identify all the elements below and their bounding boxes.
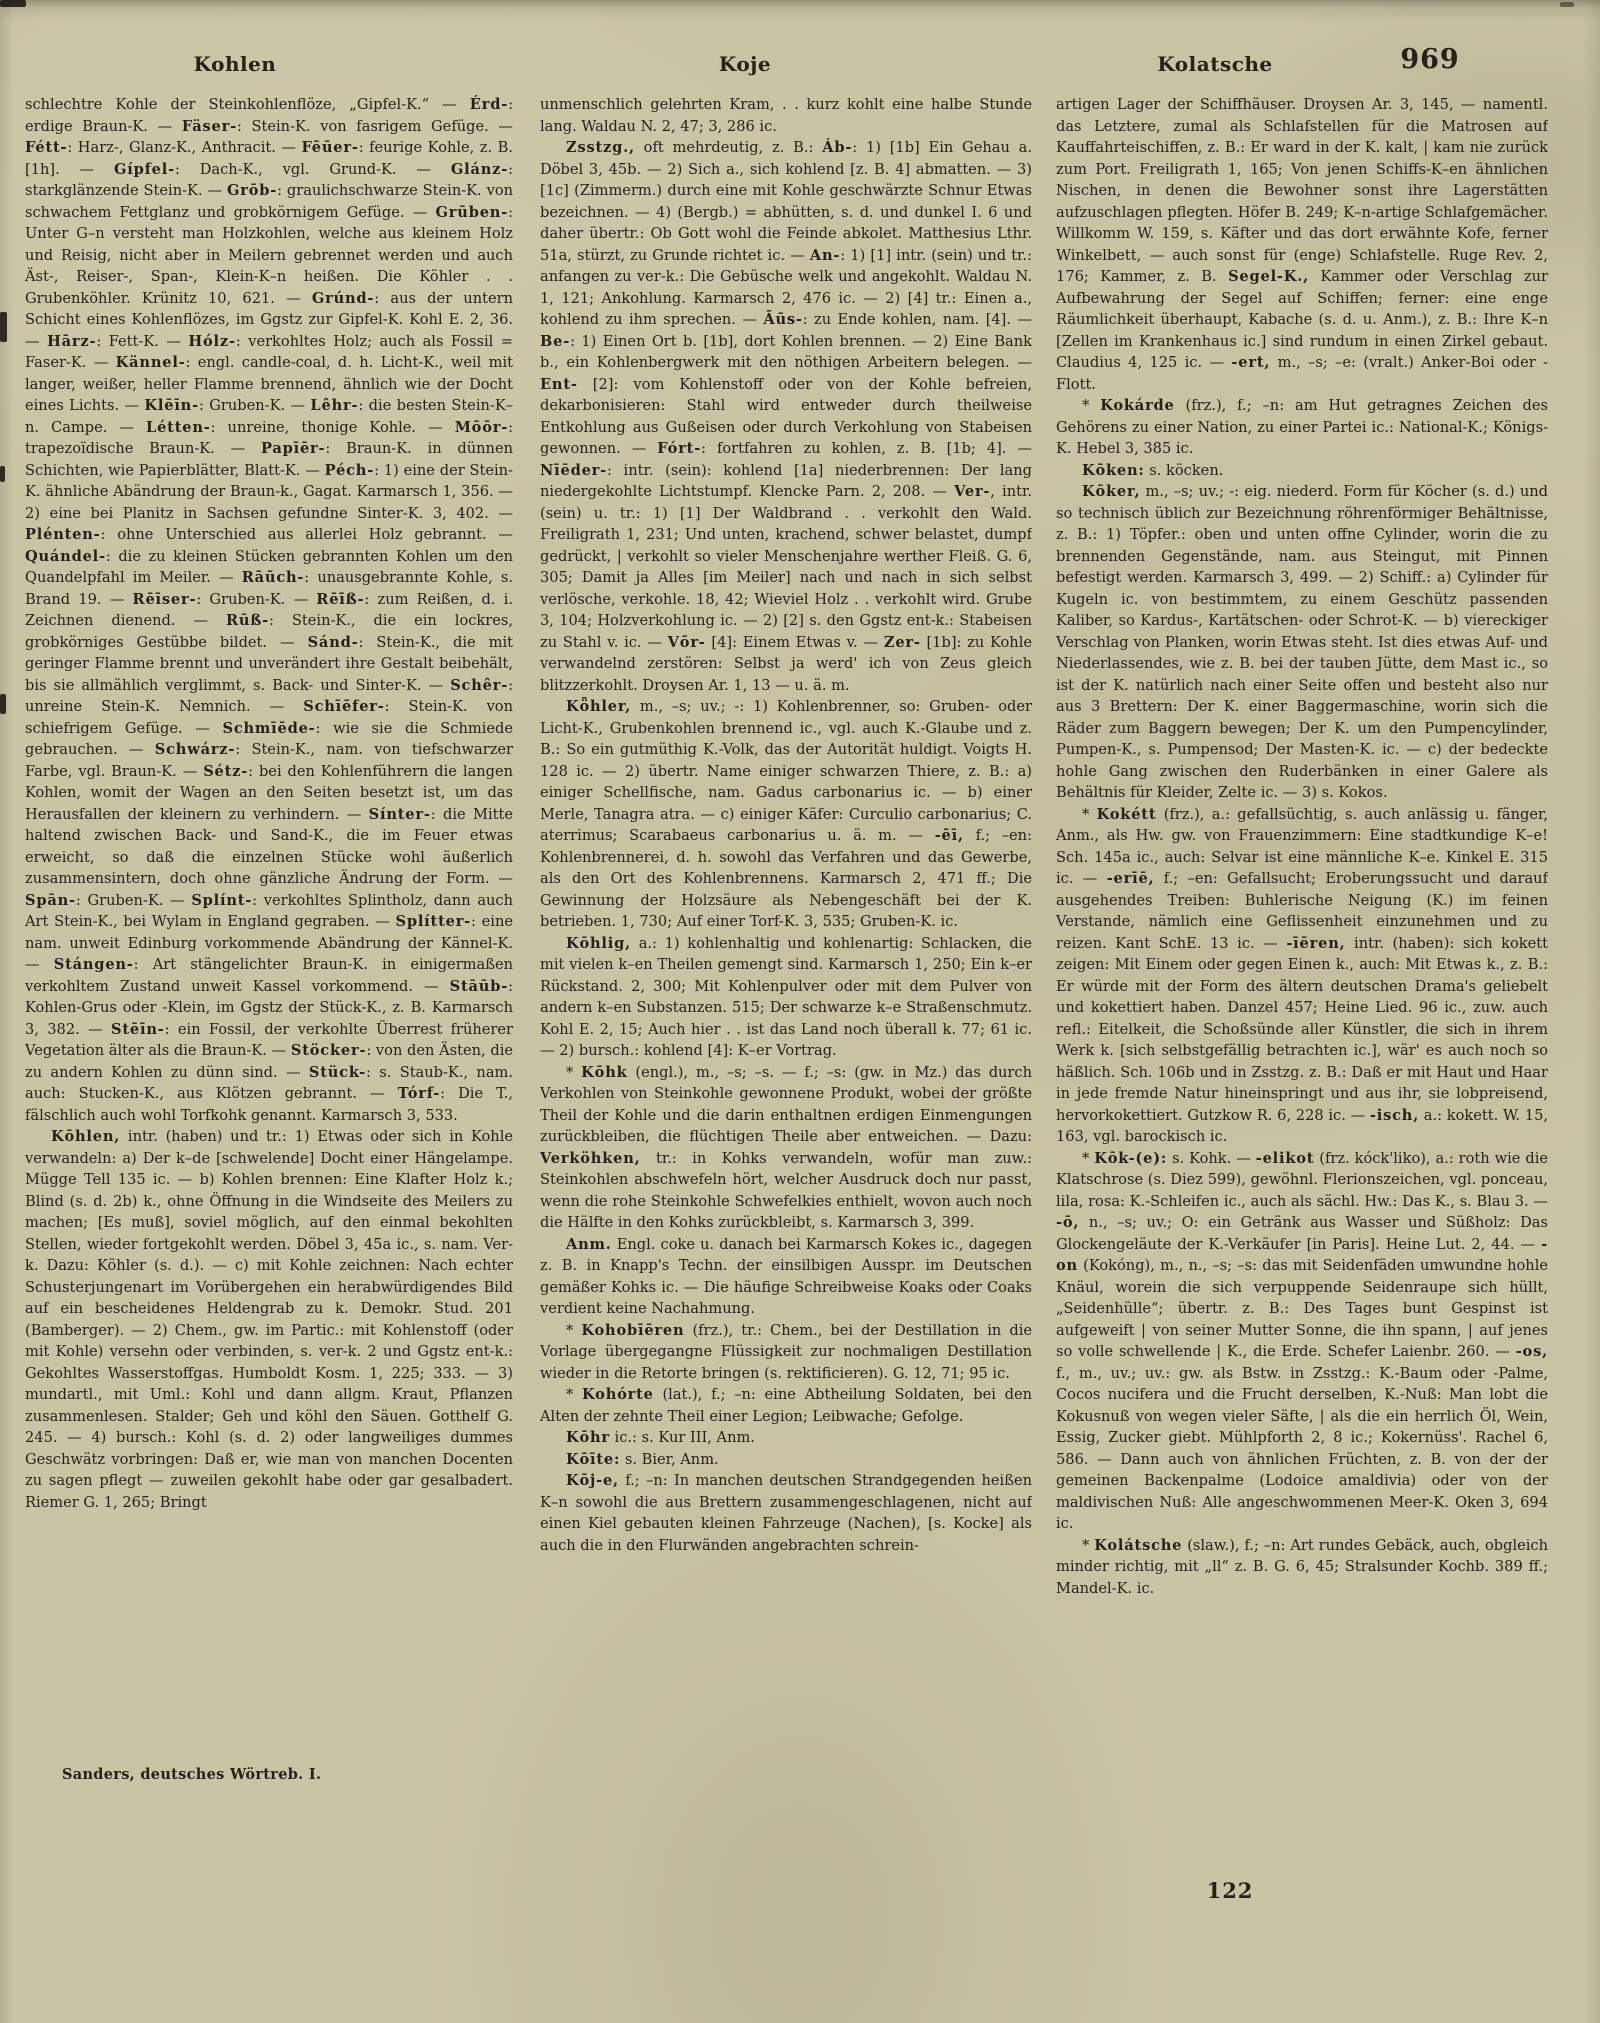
headword: Péch- <box>325 462 374 479</box>
body-text: : Harz-, Glanz-K., Anthracit. — <box>67 139 301 156</box>
headword: An- <box>810 247 840 264</box>
body-text: * <box>566 1064 581 1081</box>
scan-artifact <box>0 312 7 342</box>
headword: Lêhr- <box>310 397 358 414</box>
sheet-number: 122 <box>1150 1878 1310 1903</box>
body-text: , intr. (sein) u. tr.: 1) [1] Der Waldbr… <box>540 483 1032 651</box>
headword: Zsstzg., <box>566 139 635 156</box>
paragraph: * Kokárde (frz.), f.; –n: am Hut getragn… <box>1056 395 1548 460</box>
body-text: * <box>566 1322 581 1339</box>
headword: Kōhlig, <box>566 935 631 952</box>
headword: Kohórte <box>582 1386 654 1403</box>
headword: Sétz- <box>203 763 248 780</box>
running-head-left: Kohlen <box>150 52 320 76</box>
body-text: : fortfahren zu kohlen, z. B. [1b; 4]. — <box>701 440 1032 457</box>
paragraph: unmenschlich gelehrten Kram, . . kurz ko… <box>540 94 1032 137</box>
headword: Plénten- <box>25 526 101 543</box>
body-text: intr. (haben) und tr.: 1) Etwas oder sic… <box>25 1128 513 1511</box>
body-text: oft mehrdeutig, z. B.: <box>635 139 822 156</box>
paragraph: * Kohobīēren (frz.), tr.: Chem., bei der… <box>540 1320 1032 1385</box>
scan-artifact <box>0 0 26 7</box>
paragraph: Zsstzg., oft mehrdeutig, z. B.: Áb-: 1) … <box>540 137 1032 696</box>
headword: Kōhr <box>566 1429 610 1446</box>
body-text: n., –s; uv.; O: ein Getränk aus Wasser u… <box>1056 1214 1548 1253</box>
body-text: s. köcken. <box>1145 462 1224 479</box>
paragraph: Kōker, m., –s; uv.; -: eig. niederd. For… <box>1056 481 1548 804</box>
headword: Gípfel- <box>114 161 175 178</box>
paragraph: Anm. Engl. coke u. danach bei Karmarsch … <box>540 1234 1032 1320</box>
headword: Kōīte: <box>566 1451 620 1468</box>
headword: Fórt- <box>657 440 701 457</box>
headword: -elikot <box>1256 1150 1315 1167</box>
headword: Stángen- <box>54 956 134 973</box>
headword: Rēīß- <box>316 591 364 608</box>
body-text: : zu Ende kohlen, nam. [4]. — <box>803 311 1032 328</box>
headword: Sánd- <box>308 634 359 651</box>
headword: Kōk-(e): <box>1094 1150 1167 1167</box>
headword: Rūß- <box>226 612 269 629</box>
headword: Stück- <box>309 1064 366 1081</box>
headword: -ēī, <box>935 827 964 844</box>
headword: Segel-K., <box>1228 268 1309 285</box>
body-text: s. Bier, Anm. <box>620 1451 719 1468</box>
body-text: m., –s; uv.; -: 1) Kohlenbrenner, so: Gr… <box>540 698 1032 844</box>
paragraph: * Kohórte (lat.), f.; –n: eine Abtheilun… <box>540 1384 1032 1427</box>
headword: Kōhlen, <box>51 1128 120 1145</box>
headword: Glánz- <box>451 161 508 178</box>
footer-signature: Sanders, deutsches Wörtreb. I. <box>62 1766 321 1783</box>
headword: Áb- <box>822 139 852 156</box>
scan-artifact <box>1560 2 1574 7</box>
headword: Kōj-e, <box>566 1472 619 1489</box>
paragraph: Kōhlig, a.: 1) kohlenhaltig und kohlenar… <box>540 933 1032 1062</box>
headword: Stöcker- <box>291 1042 366 1059</box>
headword: Schwárz- <box>155 741 236 758</box>
paragraph: * Kōhk (engl.), m., –s; –s. — f.; –s: (g… <box>540 1062 1032 1234</box>
headword: Schêr- <box>450 677 508 694</box>
headword: Be- <box>540 333 570 350</box>
headword: Spān- <box>25 892 76 909</box>
headword: Splítter- <box>396 913 472 930</box>
body-text: * <box>1082 397 1100 414</box>
headword: Schīēfer- <box>303 698 384 715</box>
scan-artifact <box>0 466 5 482</box>
headword: Kokárde <box>1100 397 1174 414</box>
headword: Nīēder- <box>540 462 607 479</box>
headword: Ent- <box>540 376 578 393</box>
headword: Papīēr- <box>261 440 325 457</box>
body-text: schlechtre Kohle der Steinkohlenflöze, „… <box>25 96 470 113</box>
headword: -ert, <box>1231 354 1270 371</box>
body-text: unmenschlich gelehrten Kram, . . kurz ko… <box>540 96 1032 135</box>
body-text: a.: 1) kohlenhaltig und kohlenartig: Sch… <box>540 935 1032 1060</box>
headword: Kohobīēren <box>581 1322 684 1339</box>
headword: Kännel- <box>116 354 186 371</box>
headword: -īēren, <box>1286 935 1345 952</box>
headword: Érd- <box>470 96 508 113</box>
headword: Sínter- <box>369 806 431 823</box>
headword: Splínt- <box>191 892 252 909</box>
body-text: (Kokóng), m., n., –s; –s: das mit Seiden… <box>1056 1257 1548 1360</box>
page-number: 969 <box>1390 44 1470 75</box>
headword: Āūs- <box>763 311 802 328</box>
body-text: m., –s; uv.; -: eig. niederd. Form für K… <box>1056 483 1548 801</box>
headword: Kōhk <box>581 1064 627 1081</box>
headword: Rāūch- <box>242 569 305 586</box>
headword: Vōr- <box>668 634 706 651</box>
body-text: artigen Lager der Schiffhäuser. Droysen … <box>1056 96 1548 285</box>
headword: Ver- <box>954 483 990 500</box>
headword: Stāūb- <box>450 978 508 995</box>
paragraph: schlechtre Kohle der Steinkohlenflöze, „… <box>25 94 513 1126</box>
body-text: : Dach-K., vgl. Grund-K. — <box>175 161 451 178</box>
scan-artifact <box>0 694 6 714</box>
body-text: ic.: s. Kur III, Anm. <box>610 1429 755 1446</box>
body-text: : ohne Unterschied aus allerlei Holz geb… <box>101 526 513 543</box>
headword: -erīē, <box>1107 870 1155 887</box>
paragraph: Kōken: s. köcken. <box>1056 460 1548 482</box>
headword: Rēīser- <box>133 591 197 608</box>
headword: -ō, <box>1056 1214 1079 1231</box>
body-text: * <box>1082 806 1097 823</box>
body-text: [4]: Einem Etwas v. — <box>706 634 884 651</box>
running-head-right: Kolatsche <box>1130 52 1300 76</box>
text-column-2: unmenschlich gelehrten Kram, . . kurz ko… <box>540 94 1032 1799</box>
body-text: : Gruben-K. — <box>76 892 191 909</box>
headword: Verköhken, <box>540 1150 641 1167</box>
headword: Grōb- <box>227 182 277 199</box>
headword: Kōker, <box>1082 483 1140 500</box>
paragraph: Kōhlen, intr. (haben) und tr.: 1) Etwas … <box>25 1126 513 1513</box>
headword: -os, <box>1516 1343 1548 1360</box>
paragraph: * Kokétt (frz.), a.: gefallsüchtig, s. a… <box>1056 804 1548 1148</box>
headword: Fétt- <box>25 139 67 156</box>
body-text: * <box>1082 1537 1094 1554</box>
body-text: : Gruben-K. — <box>196 591 316 608</box>
body-text: : Fett-K. — <box>96 333 188 350</box>
headword: Stēīn- <box>111 1021 165 1038</box>
body-text: f., m., uv.; uv.: gw. als Bstw. in Zsstz… <box>1056 1365 1548 1533</box>
headword: Mōōr- <box>455 419 508 436</box>
running-head-center: Koje <box>660 52 830 76</box>
headword: -isch, <box>1370 1107 1419 1124</box>
paragraph: artigen Lager der Schiffhäuser. Droysen … <box>1056 94 1548 395</box>
headword: Fēūer- <box>301 139 358 156</box>
headword: Grúnd- <box>312 290 374 307</box>
body-text: * <box>566 1386 582 1403</box>
body-text: intr. (haben): sich kokett zeigen: Mit E… <box>1056 935 1548 1124</box>
headword: Kolátsche <box>1094 1537 1182 1554</box>
text-column-1: schlechtre Kohle der Steinkohlenflöze, „… <box>25 94 513 1759</box>
text-column-3: artigen Lager der Schiffhäuser. Droysen … <box>1056 94 1548 1864</box>
body-text: s. Kohk. — <box>1167 1150 1256 1167</box>
body-text: : 1) [1b] Ein Gehau a. Döbel 3, 45b. — 2… <box>540 139 1032 264</box>
headword: Fäser- <box>182 118 237 135</box>
paragraph: Kōhr ic.: s. Kur III, Anm. <box>540 1427 1032 1449</box>
headword: Hólz- <box>188 333 235 350</box>
headword: Zer- <box>884 634 921 651</box>
headword: Quándel- <box>25 548 106 565</box>
headword: Kōken: <box>1082 462 1145 479</box>
body-text: Engl. coke u. danach bei Karmarsch Kokes… <box>540 1236 1032 1318</box>
body-text: : Stein-K. von fasrigem Gefüge. — <box>237 118 513 135</box>
headword: Tórf- <box>398 1085 440 1102</box>
headword: Klēīn- <box>144 397 199 414</box>
headword: Kȫhler, <box>566 698 631 715</box>
headword: Létten- <box>146 419 211 436</box>
body-text: * <box>1082 1150 1094 1167</box>
headword: Grūben- <box>436 204 509 221</box>
headword: Anm. <box>566 1236 612 1253</box>
paragraph: Kōīte: s. Bier, Anm. <box>540 1449 1032 1471</box>
body-text: : unreine, thonige Kohle. — <box>211 419 455 436</box>
body-text: : Gruben-K. — <box>199 397 310 414</box>
paragraph: Kōj-e, f.; –n: In manchen deutschen Stra… <box>540 1470 1032 1556</box>
headword: Schmīēde- <box>222 720 315 737</box>
paragraph: * Kōk-(e): s. Kohk. — -elikot (frz. kóck… <box>1056 1148 1548 1535</box>
headword: Hārz- <box>47 333 96 350</box>
paragraph: * Kolátsche (slaw.), f.; –n: Art rundes … <box>1056 1535 1548 1600</box>
headword: Kokétt <box>1097 806 1157 823</box>
paragraph: Kȫhler, m., –s; uv.; -: 1) Kohlenbrenner… <box>540 696 1032 933</box>
body-text: : 1) Einen Ort b. [1b], dort Kohlen bren… <box>540 333 1032 372</box>
scanned-dictionary-page: Kohlen Koje Kolatsche 969 schlechtre Koh… <box>0 0 1600 2023</box>
